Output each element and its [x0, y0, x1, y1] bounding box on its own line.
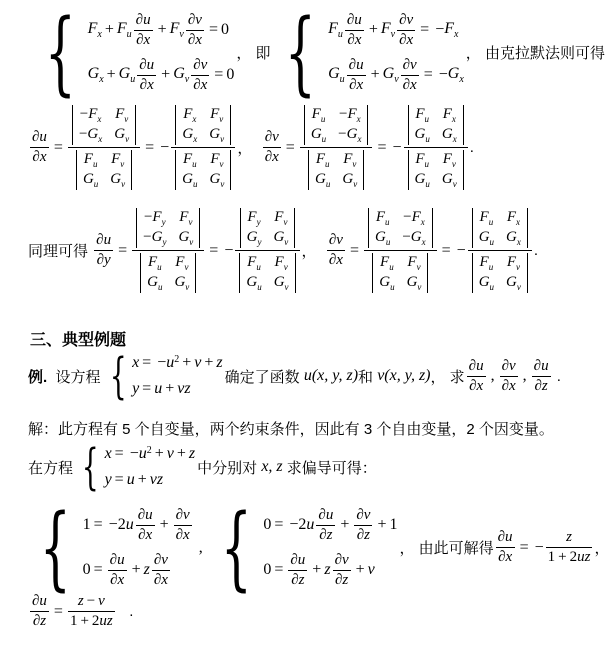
math-operator: ,: [523, 367, 527, 385]
fraction-bar: [68, 611, 115, 612]
math-operator: +: [204, 354, 213, 372]
math-variable: Fu: [376, 209, 390, 227]
math-variable: ∂u: [534, 358, 549, 375]
fraction-denominator: ∂x: [108, 572, 126, 589]
math-subscript: u: [490, 237, 495, 247]
fraction-denominator: ∂z: [355, 527, 372, 544]
determinant-grid: FuFvGuGv: [176, 150, 230, 190]
math-variable: vz: [177, 380, 190, 398]
math-subscript: v: [220, 179, 224, 189]
fraction-denominator: ∂x: [263, 149, 281, 166]
math-operator: +: [369, 21, 378, 39]
fraction-bar: [263, 147, 281, 148]
system-lines: 0=−2u∂u∂z+∂v∂z+10=∂u∂z+z∂v∂z+v: [259, 507, 397, 589]
math-variable: ∂u: [318, 507, 333, 524]
fraction-numerator: ∂u: [467, 358, 486, 375]
math-variable: ∂x: [188, 32, 202, 49]
fraction-bar: [137, 75, 156, 76]
fraction-bar: [30, 611, 49, 612]
math-operator: ,: [199, 539, 203, 557]
fraction-numerator: ∂v: [191, 57, 209, 74]
fraction-bar: [397, 30, 415, 31]
math-variable: Fu: [183, 151, 197, 169]
math-subscript: u: [489, 217, 494, 227]
math-variable: −Fx: [80, 106, 102, 124]
math-variable: Gv: [110, 171, 125, 189]
determinant-right-bar: [230, 150, 231, 190]
math-variable: −Fx: [339, 106, 361, 124]
fraction-denominator: ∂z: [333, 572, 350, 589]
math-variable: Fv: [115, 106, 128, 124]
fraction-numerator: ∂u: [134, 12, 153, 29]
math-operator: −: [393, 139, 402, 157]
math-variable: Fv: [210, 151, 223, 169]
math-variable: ∂y: [97, 252, 111, 269]
math-variable: ∂u: [290, 552, 305, 569]
math-subscript: v: [285, 282, 289, 292]
formula-block-cramer-y: 同理可得 ∂u∂y=−FyFv−GyGvFuFvGuGv=−FyFvGyGvFu…: [28, 207, 538, 294]
minus-sign: −: [338, 126, 346, 142]
example-statement: 例. 设方程{x=−u2+v+zy=u+vz确定了函数 u(x, y, z)和 …: [28, 352, 561, 400]
math-variable: Gx: [442, 126, 457, 144]
text-run: 同理可得: [28, 240, 92, 261]
math-variable: ∂x: [403, 77, 417, 94]
math-variable: Gu: [246, 274, 261, 292]
fraction-denominator: FuFvGuGv: [368, 252, 432, 294]
text-run: ，: [302, 240, 325, 261]
math-subscript: u: [94, 179, 99, 189]
text-run: ， 即: [236, 42, 270, 63]
math-operator: =: [142, 354, 151, 372]
fraction-numerator: −FyFv−GyGv: [132, 207, 204, 249]
math-subscript: u: [425, 179, 430, 189]
fraction-bar: [468, 250, 532, 251]
math-variable: u(x, y, z): [304, 367, 358, 385]
math-variable: ∂v: [265, 129, 279, 146]
partial-derivative: ∂v∂x: [263, 129, 281, 166]
solution-intro-text: 解：此方程有 5 个自变量，两个约束条件，因此有 3 个自由变量，2 个因变量。: [28, 418, 554, 439]
math-subscript: u: [386, 237, 391, 247]
math-variable: u: [306, 516, 314, 534]
math-subscript: v: [516, 262, 520, 272]
fraction-denominator: ∂x: [191, 77, 209, 94]
fraction-bar: [316, 525, 335, 526]
math-operator: −: [160, 139, 169, 157]
math-subscript: x: [98, 134, 102, 144]
math-number: 1: [548, 549, 556, 566]
math-subscript: v: [353, 179, 357, 189]
math-subscript: u: [322, 134, 327, 144]
math-variable: Gx: [506, 229, 521, 247]
math-variable: Fu: [247, 254, 261, 272]
math-fraction: −FyFv−GyGvFuFvGuGv: [132, 207, 204, 294]
math-variable: ∂x: [399, 32, 413, 49]
math-variable: z: [216, 354, 222, 372]
left-brace-icon: {: [40, 502, 71, 593]
determinant-grid: FxFvGxGv: [176, 105, 230, 145]
determinant-grid: Fu−FxGu−Gx: [305, 105, 368, 145]
math-variable: u: [127, 471, 135, 489]
solution-equation-setup: 在方程{x=−u2+v+zy=u+vz中分别对 x, z 求偏导可得：: [28, 443, 377, 491]
partial-derivative: ∂v∂x: [397, 12, 415, 49]
math-operator: =: [286, 139, 295, 157]
math-variable: Gu: [315, 171, 330, 189]
determinant-grid: FuFvGuGv: [240, 253, 294, 293]
math-variable: ∂u: [32, 593, 47, 610]
math-subscript: v: [124, 114, 128, 124]
left-brace-icon: {: [285, 7, 316, 98]
fraction-numerator: Fu−FxGu−Gx: [364, 207, 437, 249]
math-subscript: y: [257, 237, 261, 247]
math-variable: ∂v: [356, 507, 370, 524]
fraction-numerator: ∂u: [94, 232, 113, 249]
fraction-numerator: ∂u: [30, 129, 49, 146]
math-subscript: v: [220, 159, 224, 169]
math-row: Gx+Gu∂u∂x+Gv∂v∂x=0: [88, 57, 235, 94]
document-page: {Fx+Fu∂u∂x+Fv∂v∂x=0Gx+Gu∂u∂x+Gv∂v∂x=0， 即…: [0, 0, 608, 651]
fraction-numerator: ∂u: [108, 552, 127, 569]
left-brace-icon: {: [82, 443, 99, 492]
math-row: Gu∂u∂x+Gv∂v∂x=−Gx: [328, 57, 464, 94]
determinant: Fu−FxGu−Gx: [304, 105, 369, 145]
math-variable: Gu: [415, 171, 430, 189]
partial-derivative: ∂u∂x: [496, 529, 515, 566]
math-operator: =: [350, 242, 359, 260]
fraction-bar: [327, 250, 345, 251]
math-operator: =: [274, 516, 283, 534]
math-number: 0: [226, 66, 234, 84]
math-operator: =: [145, 139, 154, 157]
math-variable: Fu: [328, 20, 343, 40]
math-operator: +: [371, 66, 380, 84]
math-subscript: u: [489, 262, 494, 272]
math-variable: Fu: [480, 209, 494, 227]
determinant-right-bar: [199, 208, 200, 248]
partial-derivative: ∂u∂x: [137, 57, 156, 94]
math-operator: =: [115, 471, 124, 489]
fraction-bar: [401, 75, 419, 76]
determinant: −FxFv−GxGv: [72, 105, 136, 145]
fraction-numerator: ∂v: [327, 232, 345, 249]
math-operator: −: [435, 21, 444, 39]
math-variable: vz: [150, 471, 163, 489]
formula-block-derived-systems: {1=−2u∂u∂x+∂v∂x0=∂u∂x+z∂v∂x,{0=−2u∂u∂z+∂…: [25, 503, 608, 592]
fraction-bar: [136, 525, 155, 526]
text-run: ，: [237, 137, 260, 158]
math-variable: ∂u: [469, 358, 484, 375]
math-row: y=u+vz: [132, 380, 191, 398]
math-variable: Fu: [84, 151, 98, 169]
math-row: ∂u∂x=−FxFv−GxGvFuFvGuGv=−FxFvGxGvFuFvGuG…: [28, 104, 474, 191]
math-variable: Gu: [375, 229, 390, 247]
math-variable: Fx: [183, 106, 196, 124]
fraction-bar: [345, 30, 364, 31]
math-operator: =: [424, 66, 433, 84]
math-variable: Fv: [275, 254, 288, 272]
fraction-bar: [134, 30, 153, 31]
fraction-bar: [404, 147, 468, 148]
math-subscript: u: [338, 29, 343, 40]
fraction-denominator: ∂z: [317, 527, 334, 544]
math-subscript: u: [326, 179, 331, 189]
determinant: FuFvGuGv: [76, 150, 132, 190]
math-subscript: v: [284, 237, 288, 247]
math-variable: ∂x: [154, 572, 168, 589]
math-fraction: FuFxGuGxFuFvGuGv: [404, 104, 468, 191]
math-variable: Fv: [343, 151, 356, 169]
math-operator: +: [340, 516, 349, 534]
math-row: Fu∂u∂x+Fv∂v∂x=−Fx: [328, 12, 458, 49]
fraction-denominator: 1+2uz: [546, 549, 593, 566]
formula-block-final-result: ∂u∂z=z−v1+2uz .: [28, 593, 133, 630]
partial-derivative: ∂u∂x: [134, 12, 153, 49]
fraction-denominator: ∂x: [397, 32, 415, 49]
fraction-denominator: ∂x: [345, 32, 363, 49]
math-power: u2: [139, 445, 152, 463]
math-variable: Gu: [83, 171, 98, 189]
math-subscript: v: [121, 179, 125, 189]
math-subscript: u: [157, 262, 162, 272]
fraction-numerator: FxFvGxGv: [171, 104, 235, 146]
math-subscript: u: [192, 159, 197, 169]
partial-derivative: ∂v∂x: [500, 358, 518, 395]
minus-sign: −: [143, 229, 151, 245]
fraction-numerator: ∂u: [496, 529, 515, 546]
math-subscript: u: [390, 282, 395, 292]
math-variable: Gv: [174, 274, 189, 292]
determinant-right-bar: [294, 208, 295, 248]
fraction-denominator: FuFvGuGv: [72, 149, 136, 191]
fraction-numerator: ∂u: [30, 593, 49, 610]
math-variable: ∂x: [347, 32, 361, 49]
math-variable: Fu: [380, 254, 394, 272]
equation-system: {Fu∂u∂x+Fv∂v∂x=−FxGu∂u∂x+Gv∂v∂x=−Gx: [272, 8, 463, 97]
math-row: y=u+vz: [105, 471, 164, 489]
math-subscript: u: [130, 74, 135, 85]
math-subscript: x: [357, 114, 361, 124]
fraction-numerator: ∂u: [347, 57, 366, 74]
math-subscript: y: [257, 217, 261, 227]
partial-derivative: ∂u∂z: [288, 552, 307, 589]
math-variable: Gu: [328, 65, 345, 85]
math-operator: −: [224, 242, 233, 260]
fraction-denominator: ∂x: [134, 32, 152, 49]
math-variable: Fv: [407, 254, 420, 272]
math-subscript: x: [459, 74, 463, 85]
math-variable: uz: [577, 549, 590, 566]
math-row: ∂u∂z=z−v1+2uz .: [28, 593, 133, 630]
system-lines: Fx+Fu∂u∂x+Fv∂v∂x=0Gx+Gu∂u∂x+Gv∂v∂x=0: [84, 12, 235, 94]
math-fraction: FuFxGuGxFuFvGuGv: [468, 207, 532, 294]
fraction-numerator: ∂u: [532, 358, 551, 375]
math-variable: −Gx: [79, 126, 102, 144]
math-variable: Gv: [114, 126, 129, 144]
math-variable: ∂v: [399, 12, 413, 29]
math-variable: Fu: [312, 106, 326, 124]
determinant-grid: Fu−FxGu−Gx: [369, 208, 432, 248]
math-subscript: v: [453, 179, 457, 189]
math-variable: −Fy: [144, 209, 166, 227]
fraction-numerator: ∂u: [345, 12, 364, 29]
partial-derivative: ∂u∂z: [316, 507, 335, 544]
math-subscript: x: [421, 217, 425, 227]
fraction-denominator: ∂z: [31, 613, 48, 630]
fraction-bar: [235, 250, 299, 251]
fraction-denominator: FuFvGuGv: [304, 149, 368, 191]
math-variable: ∂x: [498, 549, 512, 566]
math-variable: ∂u: [136, 12, 151, 29]
math-operator: =: [115, 445, 124, 463]
text-run: .: [117, 603, 134, 620]
math-variable: −Gy: [143, 229, 166, 247]
math-variable: Fv: [507, 254, 520, 272]
math-fraction: FyFvGyGvFuFvGuGv: [235, 207, 299, 294]
fraction-bar: [500, 376, 518, 377]
partial-derivative: ∂u∂x: [108, 552, 127, 589]
fraction-denominator: FuFvGuGv: [235, 252, 299, 294]
equation-system: {x=−u2+v+zy=u+vz: [75, 443, 195, 491]
math-operator: +: [138, 471, 147, 489]
text-run: .: [534, 242, 538, 259]
text-run: .: [553, 368, 561, 385]
math-subscript: v: [284, 262, 288, 272]
fraction-denominator: ∂x: [327, 252, 345, 269]
math-variable: Gx: [448, 65, 464, 85]
math-subscript: u: [158, 282, 163, 292]
fraction-denominator: ∂x: [401, 77, 419, 94]
math-variable: z: [324, 561, 330, 579]
determinant: FyFvGyGv: [240, 208, 296, 248]
text-run: 中分别对: [197, 457, 261, 478]
determinant-grid: FuFxGuGx: [409, 105, 463, 145]
math-variable: Gx: [182, 126, 197, 144]
math-variable: Fx: [507, 209, 520, 227]
math-subscript: u: [425, 134, 430, 144]
math-operator: −: [157, 354, 166, 372]
math-fraction: Fu−FxGu−GxFuFvGuGv: [300, 104, 373, 191]
math-variable: v: [98, 593, 105, 610]
determinant-grid: FuFvGuGv: [473, 253, 527, 293]
fraction-bar: [347, 75, 366, 76]
math-variable: Fv: [175, 254, 188, 272]
math-variable: Gv: [407, 274, 422, 292]
text-run: 和: [358, 366, 377, 387]
math-variable: Gv: [342, 171, 357, 189]
math-variable: Fy: [247, 209, 260, 227]
math-number: 2: [298, 516, 306, 534]
math-variable: ∂v: [154, 552, 168, 569]
math-variable: ∂z: [335, 572, 348, 589]
math-variable: Fv: [210, 106, 223, 124]
minus-sign: −: [80, 106, 88, 122]
fraction-bar: [546, 547, 593, 548]
determinant: FuFvGuGv: [372, 253, 428, 293]
math-number: 0: [263, 561, 271, 579]
math-variable: Gx: [88, 65, 104, 85]
math-variable: Gv: [273, 229, 288, 247]
math-row: x=−u2+v+z: [105, 445, 196, 463]
math-operator: −: [109, 516, 118, 534]
math-variable: Gv: [173, 65, 189, 85]
math-variable: u: [139, 445, 147, 463]
math-variable: ∂x: [349, 77, 363, 94]
math-operator: =: [377, 139, 386, 157]
determinant-right-bar: [367, 105, 368, 145]
math-variable: u: [126, 516, 134, 534]
math-subscript: v: [179, 29, 183, 40]
fraction-numerator: FyFvGyGv: [236, 207, 300, 249]
math-variable: Fu: [148, 254, 162, 272]
math-operator: =: [274, 561, 283, 579]
math-variable: Fv: [111, 151, 124, 169]
fraction-denominator: ∂x: [500, 378, 518, 395]
math-operator: −: [289, 516, 298, 534]
determinant-right-bar: [463, 150, 464, 190]
math-subscript: y: [162, 237, 166, 247]
math-variable: Gv: [506, 274, 521, 292]
determinant-right-bar: [131, 150, 132, 190]
fraction-denominator: ∂x: [174, 527, 192, 544]
math-operator: ,: [491, 367, 495, 385]
math-operator: +: [132, 561, 141, 579]
fraction-numerator: ∂v: [401, 57, 419, 74]
math-operator: =: [442, 242, 451, 260]
math-fraction: FxFvGxGvFuFvGuGv: [171, 104, 235, 191]
fraction-numerator: ∂v: [333, 552, 351, 569]
fraction-bar: [174, 525, 192, 526]
math-superscript: 2: [174, 354, 179, 365]
equation-system: {1=−2u∂u∂x+∂v∂x0=∂u∂x+z∂v∂x: [27, 503, 194, 592]
fraction-numerator: ∂u: [288, 552, 307, 569]
fraction-bar: [364, 250, 437, 251]
math-number: 2: [118, 516, 126, 534]
math-subscript: y: [162, 217, 166, 227]
math-operator: −: [439, 66, 448, 84]
determinant: Fu−FxGu−Gx: [368, 208, 433, 248]
math-variable: Fv: [179, 209, 192, 227]
equation-system: {0=−2u∂u∂z+∂v∂z+10=∂u∂z+z∂v∂z+v: [208, 503, 398, 592]
math-variable: Fv: [274, 209, 287, 227]
math-subscript: v: [219, 114, 223, 124]
fraction-bar: [191, 75, 209, 76]
math-variable: ∂v: [176, 507, 190, 524]
math-variable: −Gx: [402, 229, 425, 247]
system-lines: Fu∂u∂x+Fv∂v∂x=−FxGu∂u∂x+Gv∂v∂x=−Gx: [324, 12, 464, 94]
math-operator: =: [420, 21, 429, 39]
math-subscript: x: [422, 237, 426, 247]
math-operator: +: [160, 516, 169, 534]
math-subscript: u: [257, 282, 262, 292]
determinant-right-bar: [463, 105, 464, 145]
fraction-numerator: −FxFv−GxGv: [68, 104, 140, 146]
fraction-numerator: ∂u: [316, 507, 335, 524]
text-run: 求偏导可得：: [283, 457, 377, 478]
determinant: FuFvGuGv: [175, 150, 231, 190]
math-variable: Gu: [182, 171, 197, 189]
fraction-numerator: ∂v: [354, 507, 372, 524]
math-subscript: v: [185, 282, 189, 292]
math-fraction: z−v1+2uz: [68, 593, 115, 630]
determinant: FuFxGuGx: [408, 105, 464, 145]
math-fraction: −FxFv−GxGvFuFvGuGv: [68, 104, 140, 191]
math-variable: Fx: [444, 20, 458, 40]
math-subscript: u: [385, 217, 390, 227]
math-variable: ∂u: [347, 12, 362, 29]
fraction-numerator: ∂v: [263, 129, 281, 146]
math-operator: =: [142, 380, 151, 398]
math-row: {Fx+Fu∂u∂x+Fv∂v∂x=0Gx+Gu∂u∂x+Gv∂v∂x=0， 即…: [30, 8, 605, 97]
math-operator: =: [94, 561, 103, 579]
